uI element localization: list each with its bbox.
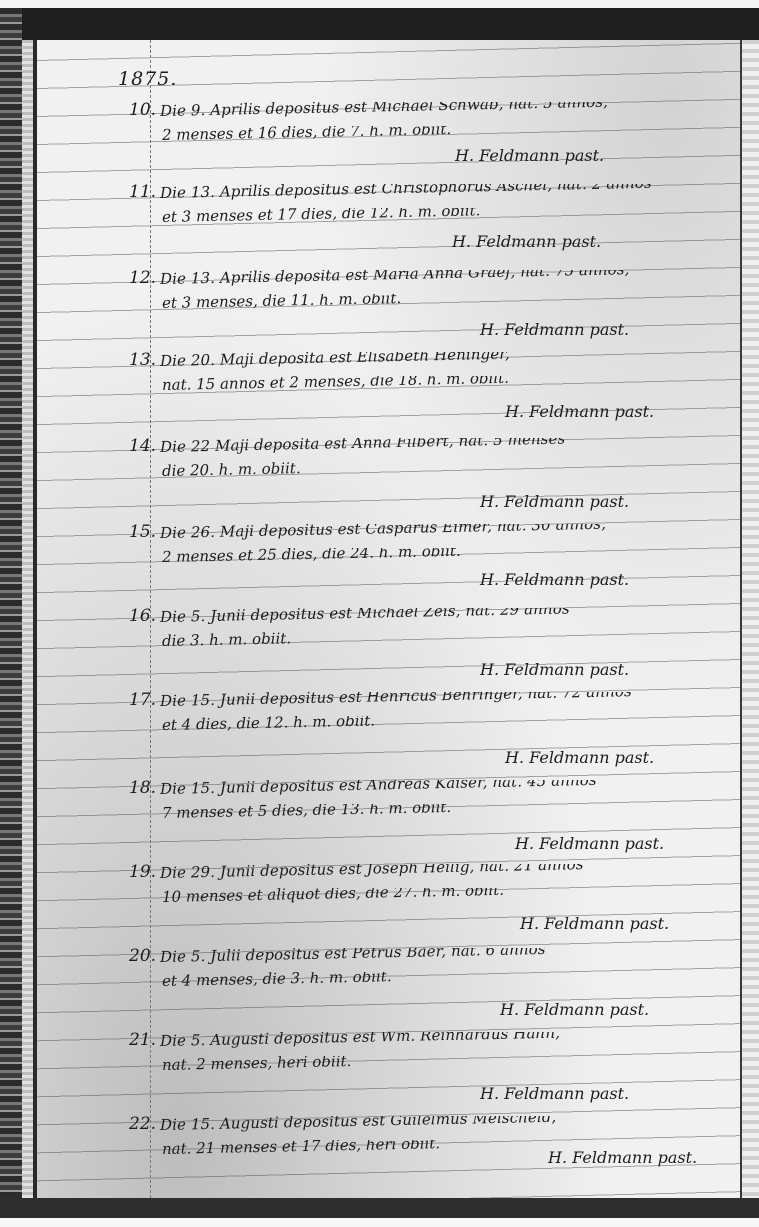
- entry-number: 21.: [129, 1030, 156, 1050]
- pastor-signature: H. Feldmann past.: [500, 1000, 649, 1019]
- entry-text-line-2-content: et 4 dies, die 12. h. m. obiit.: [162, 716, 375, 734]
- entry-text-line-1: Die 15. Junii depositus est Henricus Beh…: [160, 692, 720, 710]
- pastor-signature: H. Feldmann past.: [520, 914, 669, 933]
- entry-text-line-1-content: Die 15. Junii depositus est Andreas Kais…: [160, 780, 597, 798]
- pastor-signature: H. Feldmann past.: [548, 1148, 697, 1167]
- entry-text-line-2-content: nat. 15 annos et 2 menses, die 18. h. m.…: [162, 376, 509, 394]
- entry-text-line-2-content: 10 menses et aliquot dies, die 27. h. m.…: [162, 888, 504, 906]
- entry-text-line-2: et 4 dies, die 12. h. m. obiit.: [162, 716, 682, 734]
- entry-text-line-2-content: 7 menses et 5 dies, die 13. h. m. obiit.: [162, 804, 451, 822]
- entry-number: 16.: [129, 606, 156, 626]
- entry-number: 17.: [129, 690, 156, 710]
- entry-number: 14.: [129, 436, 156, 456]
- pastor-signature: H. Feldmann past.: [480, 492, 629, 511]
- entry-text-line-1: Die 5. Junii depositus est Michael Zeis,…: [160, 608, 720, 626]
- entry-text-line-1: Die 5. Julii depositus est Petrus Baer, …: [160, 948, 720, 966]
- pastor-signature: H. Feldmann past.: [505, 402, 654, 421]
- entry-text-line-2: et 3 menses et 17 dies, die 12. h. m. ob…: [162, 208, 682, 226]
- entry-number: 15.: [129, 522, 156, 542]
- entry-text-line-1-content: Die 29. Junii depositus est Joseph Heili…: [160, 864, 584, 882]
- entry-text-line-1-content: Die 15. Junii depositus est Henricus Beh…: [160, 692, 632, 710]
- entry-text-line-2-content: et 3 menses et 17 dies, die 12. h. m. ob…: [162, 208, 481, 226]
- entry-text-line-1-content: Die 26. Maji depositus est Casparus Eime…: [160, 524, 606, 542]
- entry-number: 18.: [129, 778, 156, 798]
- entry-text-line-2: 2 menses et 16 dies, die 7. h. m. obiit.: [162, 126, 682, 144]
- entry-text-line-1-content: Die 5. Julii depositus est Petrus Baer, …: [160, 948, 546, 966]
- pastor-signature: H. Feldmann past.: [480, 320, 629, 339]
- entry-text-line-2-content: die 20. h. m. obiit.: [162, 462, 301, 480]
- entry-text-line-2: die 3. h. m. obiit.: [162, 632, 682, 650]
- entry-number: 11.: [129, 182, 156, 202]
- scan-bottom-white: [0, 1218, 759, 1227]
- entry-text-line-1-content: Die 20. Maji deposita est Elisabeth Heni…: [160, 352, 510, 370]
- pastor-signature: H. Feldmann past.: [515, 834, 664, 853]
- entry-text-line-1: Die 9. Aprilis depositus est Michael Sch…: [160, 102, 720, 120]
- entry-text-line-2: nat. 15 annos et 2 menses, die 18. h. m.…: [162, 376, 682, 394]
- entry-text-line-2-content: nat. 2 menses, heri obiit.: [162, 1056, 352, 1074]
- scan-bottom-edge: [0, 1198, 759, 1220]
- pastor-signature: H. Feldmann past.: [480, 660, 629, 679]
- entry-text-line-1: Die 5. Augusti depositus est Wm. Reinhar…: [160, 1032, 720, 1050]
- entry-text-line-2: nat. 2 menses, heri obiit.: [162, 1056, 682, 1074]
- entry-text-line-2: et 4 menses, die 3. h. m. obiit.: [162, 972, 682, 990]
- entry-text-line-1-content: Die 5. Augusti depositus est Wm. Reinhar…: [160, 1032, 560, 1050]
- entry-text-line-1: Die 29. Junii depositus est Joseph Heili…: [160, 864, 720, 882]
- entry-text-line-2: die 20. h. m. obiit.: [162, 462, 682, 480]
- entry-text-line-1-content: Die 13. Aprilis depositus est Christopho…: [160, 184, 652, 202]
- entry-text-line-1-content: Die 13. Aprilis deposita est Maria Anna …: [160, 270, 630, 288]
- register-year: 1875.: [118, 68, 177, 90]
- pastor-signature: H. Feldmann past.: [455, 146, 604, 165]
- entry-text-line-2-content: et 4 menses, die 3. h. m. obiit.: [162, 972, 392, 990]
- entry-number: 12.: [129, 268, 156, 288]
- entry-number: 13.: [129, 350, 156, 370]
- scanner-left-edge: [0, 8, 22, 1218]
- entry-text-line-2: et 3 menses, die 11. h. m. obiit.: [162, 294, 682, 312]
- entry-text-line-2-content: die 3. h. m. obiit.: [162, 632, 291, 650]
- entry-text-line-1: Die 20. Maji deposita est Elisabeth Heni…: [160, 352, 720, 370]
- entry-text-line-1: Die 22 Maji deposita est Anna Filbert, n…: [160, 438, 720, 456]
- entry-number: 19.: [129, 862, 156, 882]
- entry-text-line-1-content: Die 9. Aprilis depositus est Michael Sch…: [160, 102, 608, 120]
- entry-text-line-2: 2 menses et 25 dies, die 24. h. m. obiit…: [162, 548, 682, 566]
- entry-text-line-2-content: 2 menses et 16 dies, die 7. h. m. obiit.: [162, 126, 451, 144]
- entry-number: 22.: [129, 1114, 156, 1134]
- entry-number: 10.: [129, 100, 156, 120]
- entry-text-line-2: 10 menses et aliquot dies, die 27. h. m.…: [162, 888, 682, 906]
- scan-top-edge: [0, 0, 759, 8]
- entry-text-line-1-content: Die 15. Augusti depositus est Guilelmus …: [160, 1116, 556, 1134]
- entry-text-line-1: Die 15. Junii depositus est Andreas Kais…: [160, 780, 720, 798]
- pastor-signature: H. Feldmann past.: [452, 232, 601, 251]
- pastor-signature: H. Feldmann past.: [505, 748, 654, 767]
- entry-text-line-1: Die 26. Maji depositus est Casparus Eime…: [160, 524, 720, 542]
- pastor-signature: H. Feldmann past.: [480, 1084, 629, 1103]
- entry-text-line-1: Die 13. Aprilis depositus est Christopho…: [160, 184, 720, 202]
- entry-text-line-1: Die 15. Augusti depositus est Guilelmus …: [160, 1116, 720, 1134]
- entry-text-line-2-content: 2 menses et 25 dies, die 24. h. m. obiit…: [162, 548, 461, 566]
- entry-text-line-1: Die 13. Aprilis deposita est Maria Anna …: [160, 270, 720, 288]
- entry-number: 20.: [129, 946, 156, 966]
- entry-text-line-2-content: et 3 menses, die 11. h. m. obiit.: [162, 294, 401, 312]
- entry-text-line-2-content: nat. 21 menses et 17 dies, heri obiit.: [162, 1140, 440, 1158]
- right-margin-strip: [742, 40, 759, 1198]
- entry-text-line-1-content: Die 5. Junii depositus est Michael Zeis,…: [160, 608, 570, 626]
- pastor-signature: H. Feldmann past.: [480, 570, 629, 589]
- entry-text-line-1-content: Die 22 Maji deposita est Anna Filbert, n…: [160, 438, 565, 456]
- entry-text-line-2: 7 menses et 5 dies, die 13. h. m. obiit.: [162, 804, 682, 822]
